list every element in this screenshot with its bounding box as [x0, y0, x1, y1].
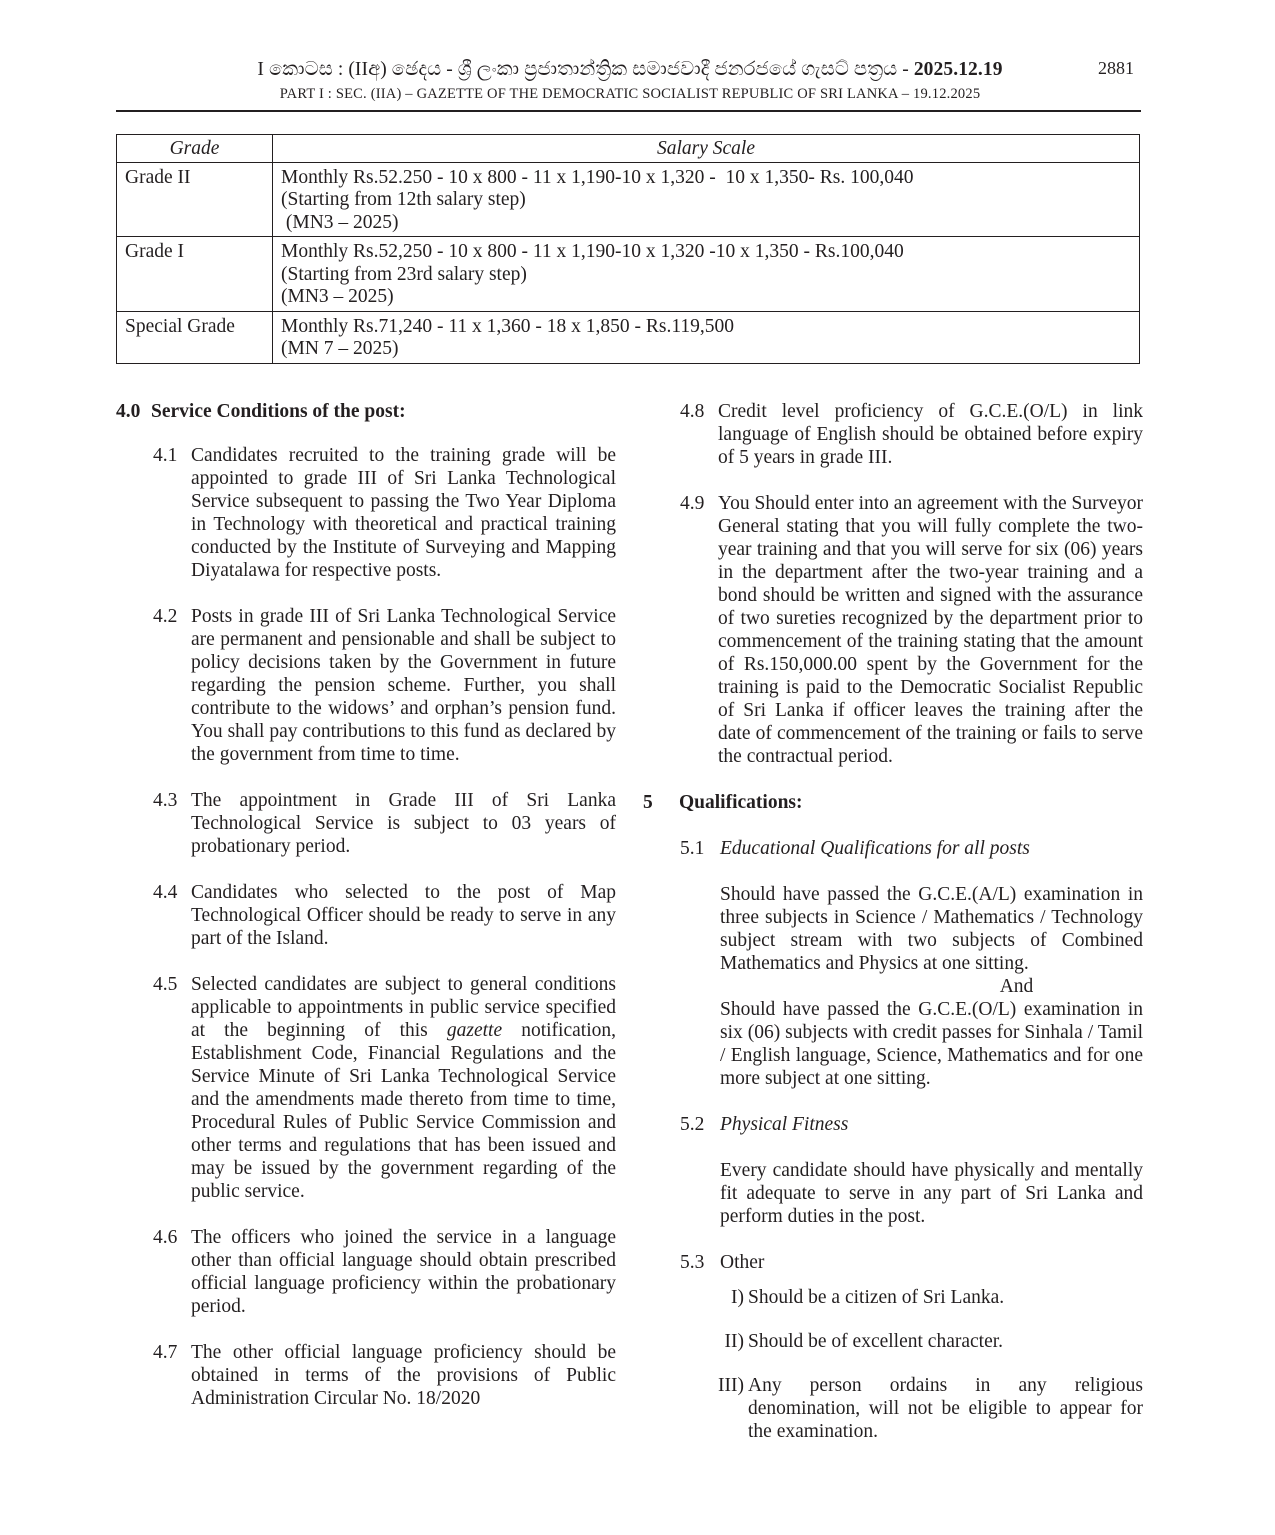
subsection-5-1-heading: 5.1 Educational Qualifications for all p… — [680, 837, 1143, 860]
ol-requirement: Should have passed the G.C.E.(O/L) exami… — [720, 998, 1143, 1090]
salary-scale-line: (Starting from 23rd salary step) — [281, 264, 1131, 287]
clause-number: 4.7 — [153, 1341, 191, 1410]
clause-number: 4.3 — [153, 789, 191, 858]
subsection-5-3-heading: 5.3 Other — [680, 1251, 1143, 1274]
salary-scale-line: Monthly Rs.71,240 - 11 x 1,360 - 18 x 1,… — [281, 316, 1131, 339]
section-number: 4.0 — [116, 400, 151, 423]
item-text: Any person ordains in any religious deno… — [748, 1374, 1143, 1443]
salary-scale-cell: Monthly Rs.52.250 - 10 x 800 - 11 x 1,19… — [273, 162, 1140, 237]
gazette-header-english: PART I : SEC. (IIA) – GAZETTE OF THE DEM… — [0, 86, 1260, 103]
subsection-number: 5.1 — [680, 837, 720, 860]
other-item-2: II) Should be of excellent character. — [708, 1330, 1143, 1353]
other-item-3: III) Any person ordains in any religious… — [708, 1374, 1143, 1443]
clause-text: The officers who joined the service in a… — [191, 1226, 616, 1318]
clause-text: Candidates who selected to the post of M… — [191, 881, 616, 950]
salary-scale-line: Monthly Rs.52.250 - 10 x 800 - 11 x 1,19… — [281, 167, 1131, 190]
subsection-title: Physical Fitness — [720, 1113, 848, 1136]
clause-number: 4.5 — [153, 973, 191, 1203]
header-divider — [116, 110, 1141, 112]
clause-4-4: 4.4 Candidates who selected to the post … — [153, 881, 616, 950]
clause-4-8: 4.8 Credit level proficiency of G.C.E.(O… — [680, 400, 1143, 469]
item-text: Should be of excellent character. — [748, 1330, 1143, 1353]
clause-4-9: 4.9 You Should enter into an agreement w… — [680, 492, 1143, 768]
column-header-salary-scale: Salary Scale — [273, 135, 1140, 163]
item-text: Should be a citizen of Sri Lanka. — [748, 1286, 1143, 1309]
table-header-row: Grade Salary Scale — [117, 135, 1140, 163]
salary-scale-table: Grade Salary Scale Grade II Monthly Rs.5… — [116, 134, 1140, 364]
clause-text: Posts in grade III of Sri Lanka Technolo… — [191, 605, 616, 766]
clause-number: 4.8 — [680, 400, 718, 469]
clause-number: 4.1 — [153, 444, 191, 582]
grade-cell: Grade I — [117, 237, 273, 312]
salary-scale-line: (MN3 – 2025) — [281, 212, 1131, 235]
table-row: Grade II Monthly Rs.52.250 - 10 x 800 - … — [117, 162, 1140, 237]
left-column: 4.0 Service Conditions of the post: 4.1 … — [116, 400, 616, 1410]
grade-cell: Special Grade — [117, 311, 273, 363]
and-connector: And — [720, 975, 1143, 998]
item-number: I) — [708, 1286, 748, 1309]
subsection-title: Educational Qualifications for all posts — [720, 837, 1030, 860]
right-column: 4.8 Credit level proficiency of G.C.E.(O… — [643, 400, 1143, 1443]
clause-4-2: 4.2 Posts in grade III of Sri Lanka Tech… — [153, 605, 616, 766]
item-number: III) — [708, 1374, 748, 1443]
other-item-1: I) Should be a citizen of Sri Lanka. — [708, 1286, 1143, 1309]
subsection-number: 5.2 — [680, 1113, 720, 1136]
gazette-header-sinhala: I කොටස : (IIඅ) ඡෙදය - ශ්‍රී ලංකා ප්‍රජාත… — [0, 58, 1260, 81]
subsection-5-1-body: Should have passed the G.C.E.(A/L) exami… — [720, 883, 1143, 1090]
clause-text: You Should enter into an agreement with … — [718, 492, 1143, 768]
subsection-5-2-body: Every candidate should have physically a… — [720, 1159, 1143, 1228]
grade-cell: Grade II — [117, 162, 273, 237]
clause-text: Candidates recruited to the training gra… — [191, 444, 616, 582]
salary-scale-cell: Monthly Rs.52,250 - 10 x 800 - 11 x 1,19… — [273, 237, 1140, 312]
salary-scale-line: (MN3 – 2025) — [281, 286, 1131, 309]
clause-number: 4.2 — [153, 605, 191, 766]
clause-number: 4.6 — [153, 1226, 191, 1318]
column-header-grade: Grade — [117, 135, 273, 163]
clause-text-italic: gazette — [447, 1020, 502, 1041]
table-row: Special Grade Monthly Rs.71,240 - 11 x 1… — [117, 311, 1140, 363]
section-title: Service Conditions of the post: — [151, 400, 406, 423]
clause-text: The other official language proficiency … — [191, 1341, 616, 1410]
subsection-title: Other — [720, 1251, 764, 1274]
sinhala-date: 2025.12.19 — [914, 59, 1003, 80]
page-number: 2881 — [1098, 58, 1134, 79]
section-5-heading: 5 Qualifications: — [643, 791, 1143, 814]
clause-4-6: 4.6 The officers who joined the service … — [153, 1226, 616, 1318]
al-requirement: Should have passed the G.C.E.(A/L) exami… — [720, 883, 1143, 975]
section-4-heading: 4.0 Service Conditions of the post: — [116, 400, 616, 423]
clause-text: The appointment in Grade III of Sri Lank… — [191, 789, 616, 858]
clause-number: 4.9 — [680, 492, 718, 768]
clause-text-part: notification, Establishment Code, Financ… — [191, 1020, 616, 1202]
clause-number: 4.4 — [153, 881, 191, 950]
clause-text: Credit level proficiency of G.C.E.(O/L) … — [718, 400, 1143, 469]
item-number: II) — [708, 1330, 748, 1353]
salary-scale-cell: Monthly Rs.71,240 - 11 x 1,360 - 18 x 1,… — [273, 311, 1140, 363]
clause-4-5: 4.5 Selected candidates are subject to g… — [153, 973, 616, 1203]
table-row: Grade I Monthly Rs.52,250 - 10 x 800 - 1… — [117, 237, 1140, 312]
clause-4-7: 4.7 The other official language proficie… — [153, 1341, 616, 1410]
sinhala-title: I කොටස : (IIඅ) ඡෙදය - ශ්‍රී ලංකා ප්‍රජාත… — [257, 59, 913, 80]
salary-scale-line: (MN 7 – 2025) — [281, 338, 1131, 361]
clause-text: Selected candidates are subject to gener… — [191, 973, 616, 1203]
clause-4-3: 4.3 The appointment in Grade III of Sri … — [153, 789, 616, 858]
subsection-number: 5.3 — [680, 1251, 720, 1274]
section-title: Qualifications: — [679, 791, 803, 814]
section-number: 5 — [643, 791, 679, 814]
salary-scale-line: Monthly Rs.52,250 - 10 x 800 - 11 x 1,19… — [281, 241, 1131, 264]
clause-4-1: 4.1 Candidates recruited to the training… — [153, 444, 616, 582]
salary-scale-line: (Starting from 12th salary step) — [281, 189, 1131, 212]
subsection-5-2-heading: 5.2 Physical Fitness — [680, 1113, 1143, 1136]
